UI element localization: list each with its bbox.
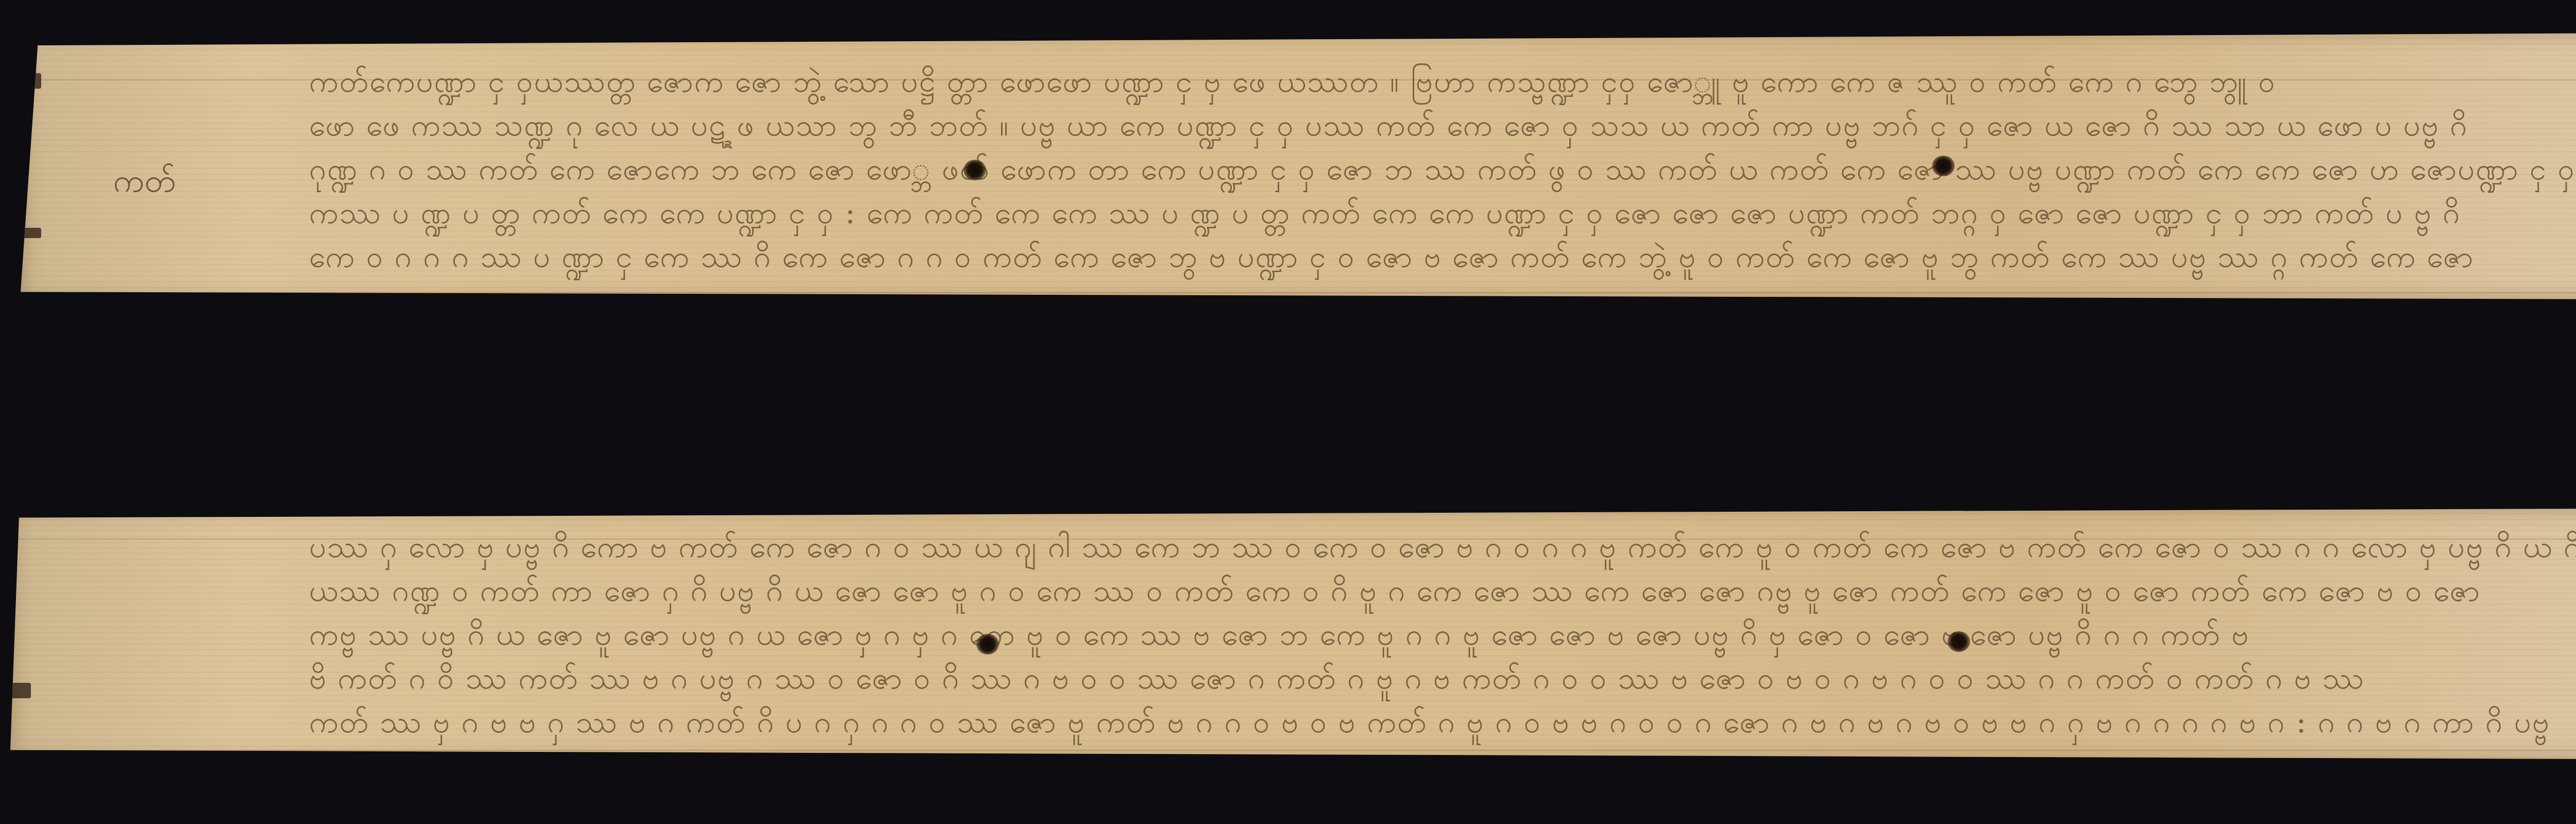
edge-damage [10, 683, 31, 698]
palm-leaf-folio-top: ကတ် ကတ်ကေပဏ္ဍာ ငှ ဝှယဿတ္တ ဇောက ဇော ဘွဲ့ … [21, 32, 2576, 300]
binding-hole [1932, 156, 1955, 176]
edge-damage [21, 228, 41, 238]
text-line: ဖော ဖေ ကဿ သဏ္ဍ ဂု လေ ယ ပဋ္ဍ ဖ ယသာ ဘွ ဘီ … [309, 107, 2468, 150]
edge-damage [21, 73, 41, 89]
text-line: ကတ် ဿ ဗှ ဂ ဗ ဗ ဂှ ဿ ဗ ဂ ကတ် ဂိ ပ ဂ ဂှ ဂ … [309, 703, 2550, 747]
text-line: ကဿ ပ ဏ္ဍ ပ တ္တ ကတ် ကေ ကေ ပဏ္ဍာ ငှ ဝှ : က… [309, 194, 2461, 238]
ruling-line [10, 750, 2576, 751]
text-line: ဂုဏ္ဍ ဂ ဝ ဿ ကတ် ကေ ဇောကေ ဘ ကေ ဇော ဖော္ဘ … [309, 150, 2576, 194]
palm-leaf-folio-bottom: ပဿ ဂှ လော ဗှ ပဗ္ဗ ဂိ ကော ဗ ကတ် ကေ ဇော ဂ … [10, 508, 2576, 760]
binding-hole [963, 160, 986, 180]
binding-hole [976, 634, 999, 654]
text-line: ကေ ဝ ဂ ဂ ဂ ဿ ပ ဏ္ဍာ ငှ ကေ ဿ ဂိ ကေ ဇော ဂ … [309, 238, 2474, 282]
text-line: ပဿ ဂှ လော ဗှ ပဗ္ဗ ဂိ ကော ဗ ကတ် ကေ ဇော ဂ … [309, 528, 2576, 572]
text-line: ဗိ ကတ် ဂ ဝိ ဿ ကတ် ဿ ဗ ဂ ပဗ္ဗ ဂ ဿ ဝ ဇော ဝ… [309, 660, 2365, 703]
binding-hole [1947, 631, 1970, 652]
text-line: ကတ်ကေပဏ္ဍာ ငှ ဝှယဿတ္တ ဇောက ဇော ဘွဲ့ သော … [309, 63, 2276, 107]
ruling-line [21, 292, 2576, 293]
text-line: ယဿ ဂဏ္ဍ ဝ ကတ် ကာ ဇော ဂှ ဂိ ပဗ္ဗ ဂိ ယ ဇော… [309, 572, 2481, 616]
folio-number-mark: ကတ် [113, 161, 176, 208]
